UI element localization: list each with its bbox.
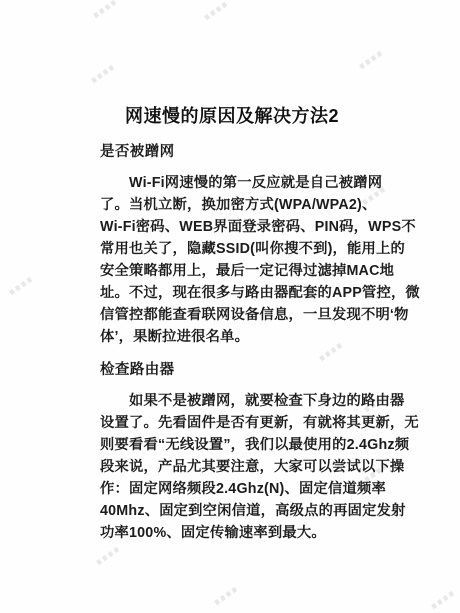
paragraph-line: 40Mhz、固定到空闲信道，高级点的再固定发射 [100, 500, 364, 522]
paragraph-line: Wi-Fi网速慢的第一反应就是自己被蹭网 [100, 172, 364, 194]
paragraph-line: 址。不过，现在很多与路由器配套的APP管控，微 [100, 282, 364, 304]
watermark-mark [204, 1, 229, 21]
watermark-mark [214, 586, 239, 606]
section-heading-check-router: 检查路由器 [100, 360, 364, 380]
paragraph-line: 常用也关了，隐藏SSID(叫你搜不到)，能用上的 [100, 238, 364, 260]
watermark-mark [359, 50, 384, 70]
paragraph-line: 功率100%、固定传输速率到最大。 [100, 522, 364, 544]
paragraph-line: 体’，果断拉进很名单。 [100, 326, 364, 348]
paragraph-line: 安全策略都用上，最后一定记得过滤掉MAC地 [100, 260, 364, 282]
section-heading-wifi-theft: 是否被蹭网 [100, 142, 364, 162]
paragraph-line: 段来说，产品尤其要注意，大家可以尝试以下操 [100, 456, 364, 478]
paragraph-line: 则要看看“无线设置”，我们以最使用的2.4Ghz频 [100, 434, 364, 456]
watermark-mark [431, 590, 456, 610]
article-page: 网速慢的原因及解决方法2 是否被蹭网 Wi-Fi网速慢的第一反应就是自己被蹭网 … [0, 0, 460, 613]
watermark-mark [91, 64, 116, 84]
paragraph-line: 作：固定网络频段2.4Ghz(N)、固定信道频率 [100, 478, 364, 500]
watermark-mark [93, 0, 118, 18]
watermark-mark [9, 276, 34, 296]
paragraph-line: 了。当机立断，换加密方式(WPA/WPA2)、 [100, 194, 364, 216]
article-title: 网速慢的原因及解决方法2 [100, 104, 364, 128]
paragraph-wifi-theft: Wi-Fi网速慢的第一反应就是自己被蹭网 了。当机立断，换加密方式(WPA/WP… [100, 172, 364, 348]
paragraph-line: 如果不是被蹭网，就要检查下身边的路由器 [100, 390, 364, 412]
paragraph-line: 信管控都能查看联网设备信息，一旦发现不明‘物 [100, 304, 364, 326]
paragraph-check-router: 如果不是被蹭网，就要检查下身边的路由器 设置了。先看固件是否有更新，有就将其更新… [100, 390, 364, 544]
watermark-mark [96, 546, 121, 566]
article-content: 网速慢的原因及解决方法2 是否被蹭网 Wi-Fi网速慢的第一反应就是自己被蹭网 … [100, 104, 364, 544]
paragraph-line: Wi-Fi密码、WEB界面登录密码、PIN码，WPS不 [100, 216, 364, 238]
paragraph-line: 设置了。先看固件是否有更新，有就将其更新，无 [100, 412, 364, 434]
